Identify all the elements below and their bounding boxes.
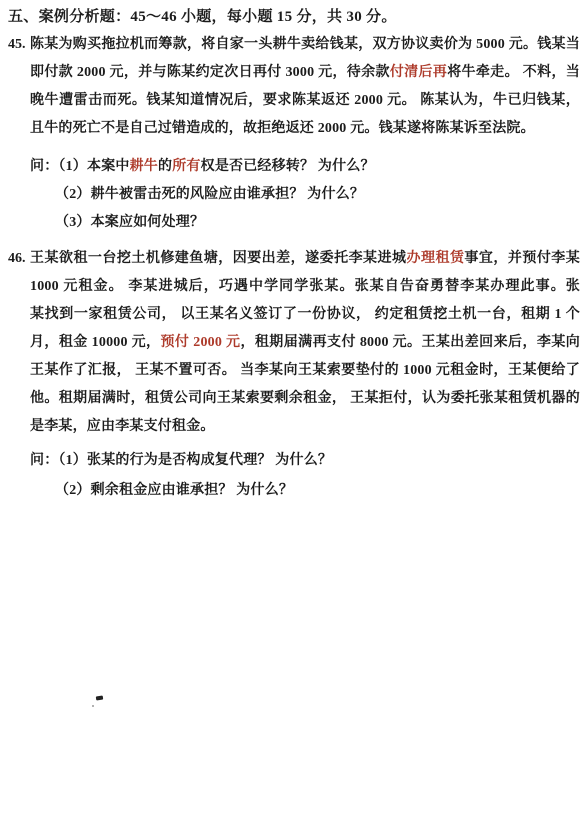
text-segment: 晚牛遭雷击而死。钱某知道情况后，要求陈某返还 2000 元。 陈某认为，牛已归钱… (30, 93, 580, 108)
text-segment: 的 (158, 159, 172, 174)
question-text-line: 王某作了汇报， 王某不置可否。 当李某向王某索要垫付的 1000 元租金时，王某… (30, 357, 580, 385)
sub-question-line: （2）剩余租金应由谁承担？ 为什么？ (30, 477, 580, 505)
question-text-line: 晚牛遭雷击而死。钱某知道情况后，要求陈某返还 2000 元。 陈某认为，牛已归钱… (30, 87, 580, 115)
text-segment: 且牛的死亡不是自己过错造成的，故拒绝返还 2000 元。钱某遂将陈某诉至法院。 (30, 121, 535, 136)
ink-dot-artifact (92, 705, 94, 707)
section-header: 五、案例分析题：45～46 小题，每小题 15 分，共 30 分。 (8, 3, 580, 31)
red-annotated-text: 付清后再 (390, 65, 447, 80)
question-text-line: 1000 元租金。 李某进城后，巧遇中学同学张某。张某自告奋勇替李某办理此事。张 (30, 273, 580, 301)
text-segment: 他。租期届满时，租赁公司向王某索要剩余租金， 王某拒付，认为委托张某租赁机器的 (30, 391, 580, 406)
question-block: 45.陈某为购买拖拉机而筹款，将自家一头耕牛卖给钱某，双方协议卖价为 5000 … (8, 31, 580, 237)
exam-document-page: 五、案例分析题：45～46 小题，每小题 15 分，共 30 分。 45.陈某为… (0, 0, 588, 831)
question-text-line: 问：（1）本案中耕牛的所有权是否已经移转？ 为什么？ (30, 153, 580, 181)
questions-container: 45.陈某为购买拖拉机而筹款，将自家一头耕牛卖给钱某，双方协议卖价为 5000 … (8, 31, 580, 505)
text-segment: 月，租金 10000 元， (30, 335, 160, 350)
question-text-line: 他。租期届满时，租赁公司向王某索要剩余租金， 王某拒付，认为委托张某租赁机器的 (30, 385, 580, 413)
text-segment: （2）剩余租金应由谁承担？ 为什么？ (55, 483, 293, 498)
question-text-line: 问：（1）张某的行为是否构成复代理？ 为什么？ (30, 447, 580, 475)
text-segment: 事宜，并预付李某 (464, 251, 580, 266)
red-annotated-text: 耕牛 (130, 159, 158, 174)
question-text-line: 月，租金 10000 元，预付 2000 元，租期届满再支付 8000 元。王某… (30, 329, 580, 357)
text-segment: 王某作了汇报， 王某不置可否。 当李某向王某索要垫付的 1000 元租金时，王某… (30, 363, 580, 378)
question-text-line: 是李某，应由李某支付租金。 (30, 413, 580, 441)
question-text-line: 陈某为购买拖拉机而筹款，将自家一头耕牛卖给钱某，双方协议卖价为 5000 元。钱… (30, 31, 580, 59)
text-segment: （3）本案应如何处理？ (55, 215, 204, 230)
text-segment: 是李某，应由李某支付租金。 (30, 419, 215, 434)
question-text-line: 王某欲租一台挖土机修建鱼塘，因要出差，遂委托李某进城办理租赁事宜，并预付李某 (30, 245, 580, 273)
question-number: 46. (8, 245, 26, 273)
question-text-line: 某找到一家租赁公司， 以王某名义签订了一份协议， 约定租赁挖土机一台，租期 1 … (30, 301, 580, 329)
text-segment: ，租期届满再支付 8000 元。王某出差回来后，李某向 (240, 335, 580, 350)
text-segment: 权是否已经移转？ 为什么？ (201, 159, 375, 174)
text-segment: 1000 元租金。 李某进城后，巧遇中学同学张某。张某自告奋勇替李某办理此事。张 (30, 279, 580, 294)
red-annotated-text: 办理租赁 (407, 251, 465, 266)
text-segment: （2）耕牛被雷击死的风险应由谁承担？ 为什么？ (55, 187, 364, 202)
text-segment: 王某欲租一台挖土机修建鱼塘，因要出差，遂委托李某进城 (30, 251, 407, 266)
text-segment: 陈某为购买拖拉机而筹款，将自家一头耕牛卖给钱某，双方协议卖价为 5000 元。钱… (30, 37, 580, 52)
sub-question-line: （2）耕牛被雷击死的风险应由谁承担？ 为什么？ (30, 181, 580, 209)
red-annotated-text: 所有 (172, 159, 200, 174)
text-segment: 某找到一家租赁公司， 以王某名义签订了一份协议， 约定租赁挖土机一台，租期 1 … (30, 307, 580, 322)
text-segment: 即付款 2000 元，并与陈某约定次日再付 3000 元，待余款 (30, 65, 390, 80)
question-number: 45. (8, 31, 26, 59)
text-segment: 问：（1）本案中 (30, 159, 130, 174)
red-annotated-text: 预付 2000 元 (160, 335, 240, 350)
text-segment: 问：（1）张某的行为是否构成复代理？ 为什么？ (30, 453, 332, 468)
question-text-line: 即付款 2000 元，并与陈某约定次日再付 3000 元，待余款付清后再将牛牵走… (30, 59, 580, 87)
sub-question-line: （3）本案应如何处理？ (30, 209, 580, 237)
question-block: 46.王某欲租一台挖土机修建鱼塘，因要出差，遂委托李某进城办理租赁事宜，并预付李… (8, 245, 580, 505)
text-segment: 将牛牵走。 不料，当 (447, 65, 580, 80)
question-text-line: 且牛的死亡不是自己过错造成的，故拒绝返还 2000 元。钱某遂将陈某诉至法院。 (30, 115, 580, 143)
